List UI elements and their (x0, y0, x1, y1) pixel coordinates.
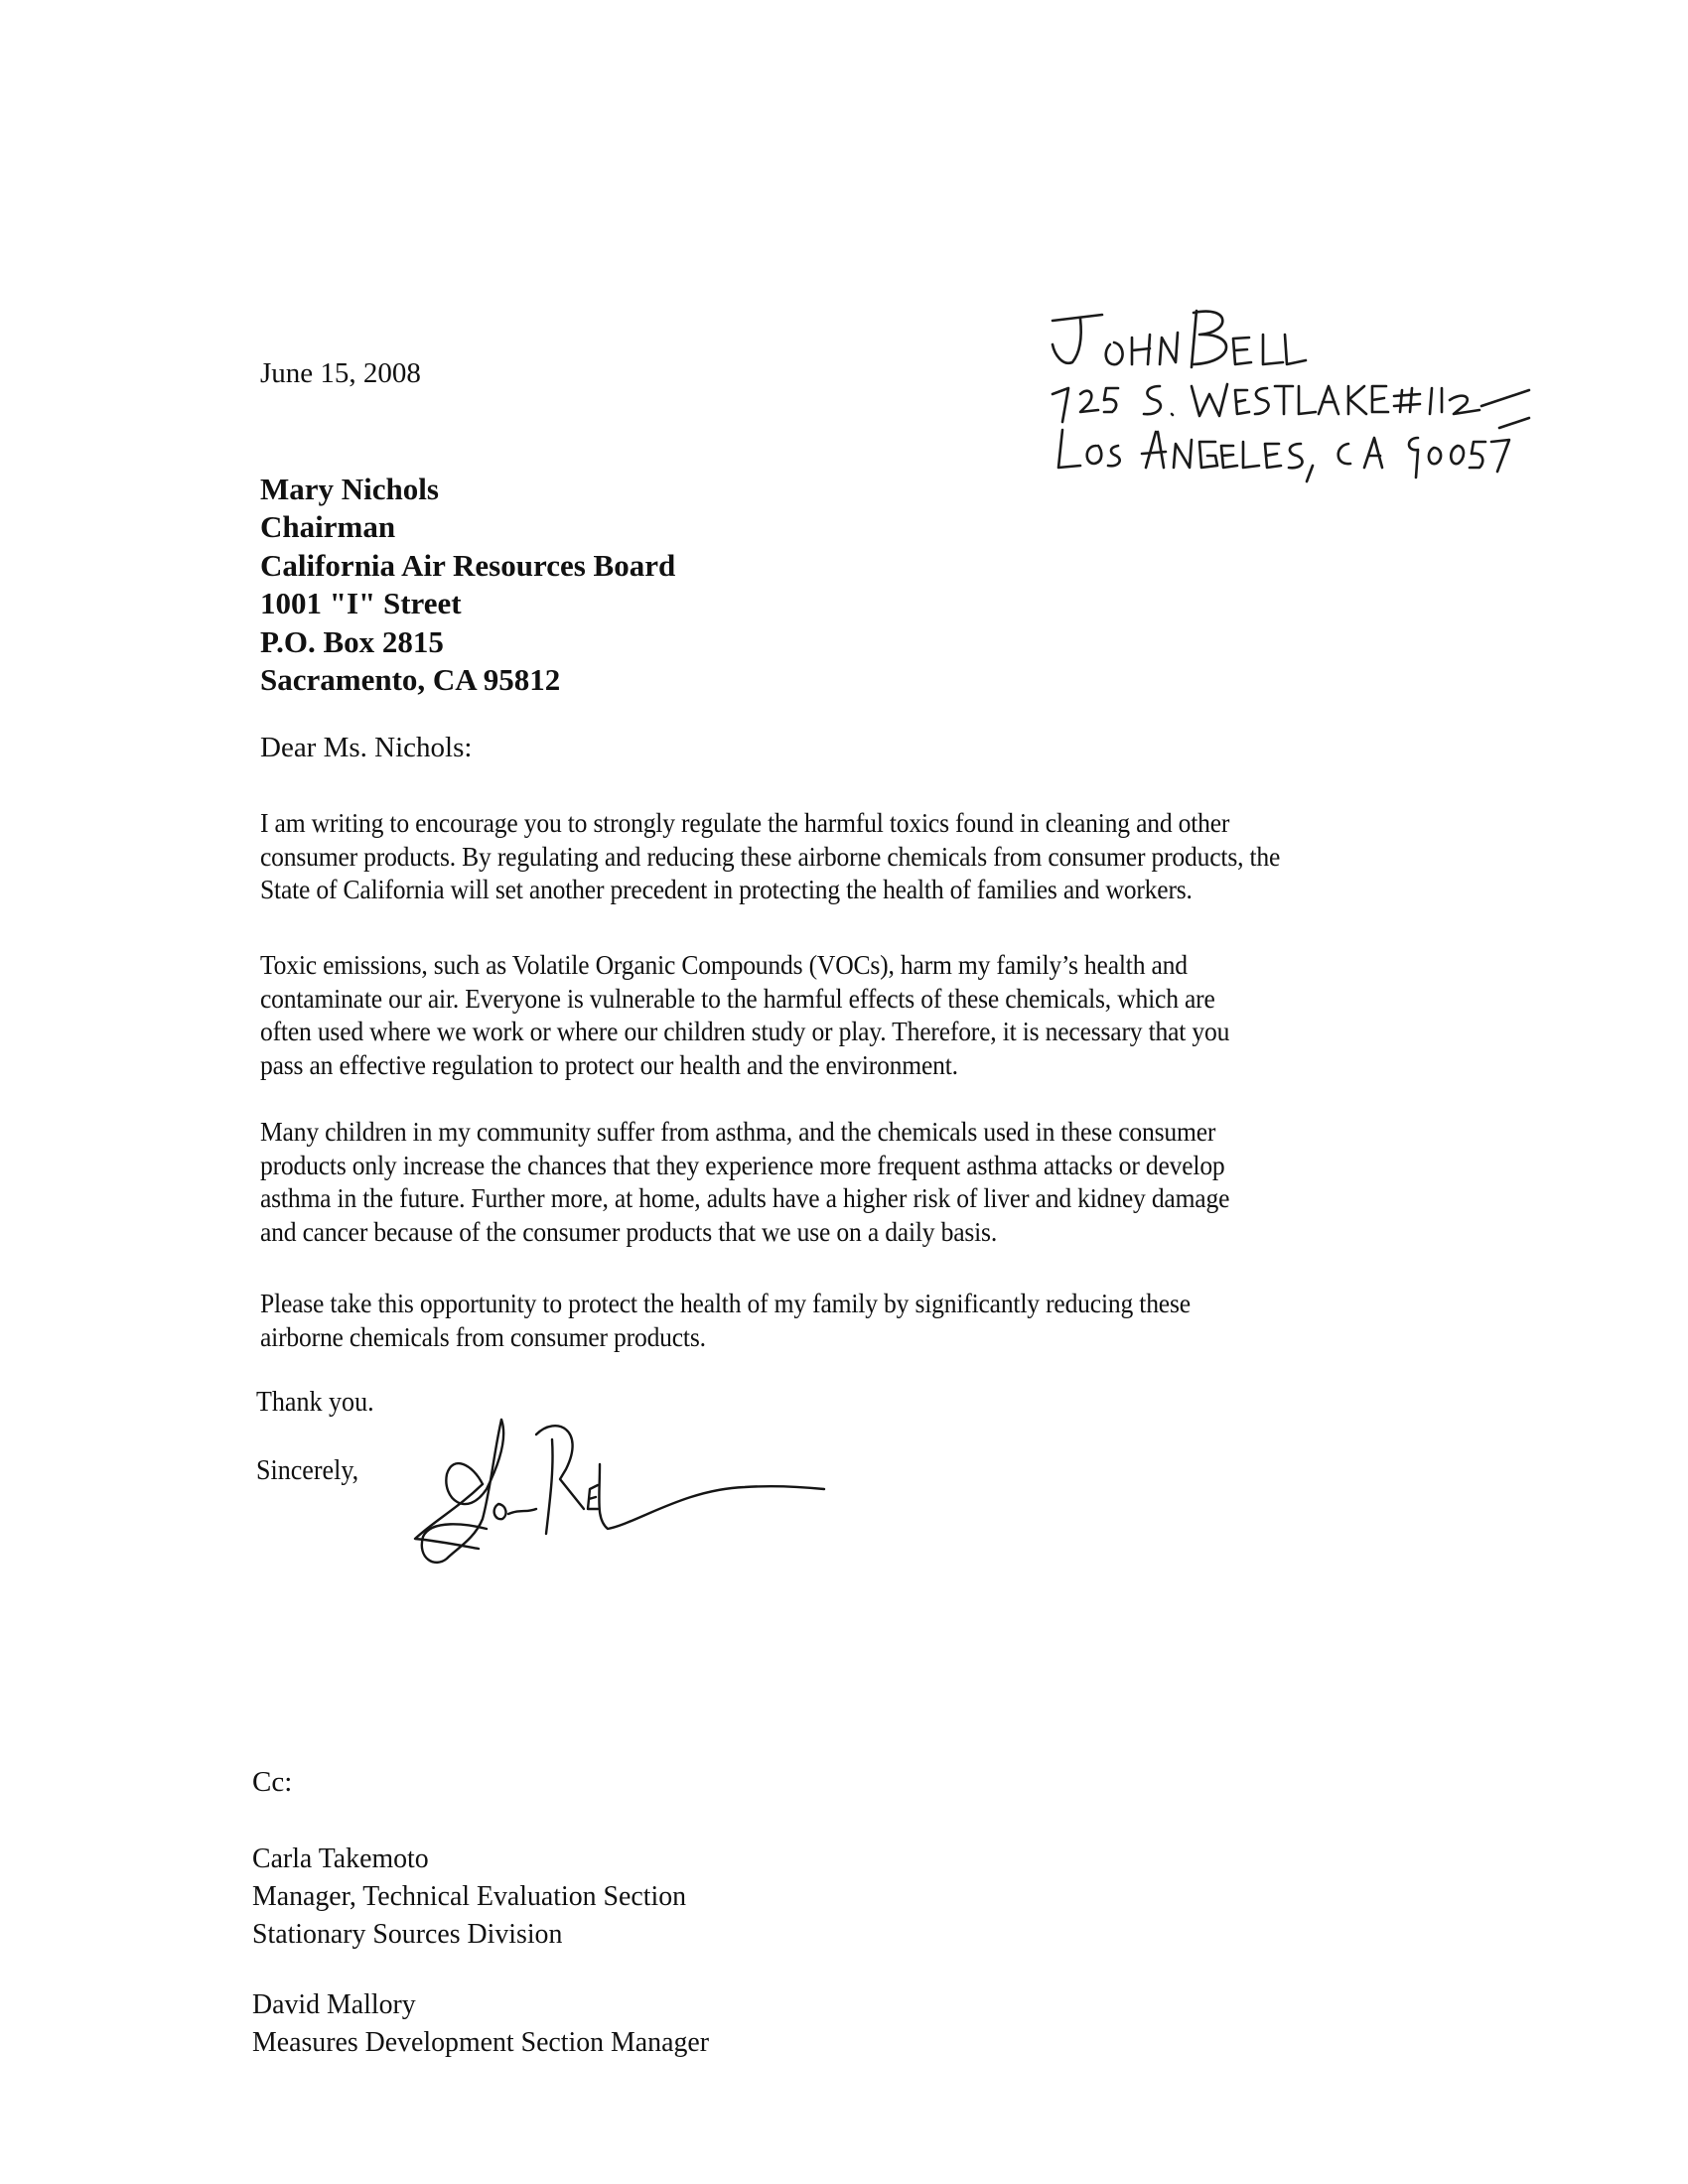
body-paragraph-1: I am writing to encourage you to strongl… (260, 806, 1405, 906)
paragraph-line: pass an effective regulation to protect … (260, 1048, 1405, 1082)
recipient-title: Chairman (260, 508, 675, 546)
paragraph-line: consumer products. By regulating and red… (260, 840, 1405, 874)
signature (387, 1410, 943, 1578)
handwritten-return-address (1033, 283, 1688, 496)
paragraph-line: I am writing to encourage you to strongl… (260, 806, 1405, 840)
salutation: Dear Ms. Nichols: (260, 732, 472, 764)
recipient-street: 1001 "I" Street (260, 585, 675, 622)
cc-recipient-1: Carla Takemoto Manager, Technical Evalua… (252, 1840, 686, 1953)
recipient-address-block: Mary Nichols Chairman California Air Res… (260, 471, 675, 699)
cc-recipient-title: Manager, Technical Evaluation Section (252, 1877, 686, 1915)
paragraph-line: Toxic emissions, such as Volatile Organi… (260, 948, 1405, 982)
recipient-po-box: P.O. Box 2815 (260, 623, 675, 661)
body-paragraph-2: Toxic emissions, such as Volatile Organi… (260, 948, 1405, 1081)
cc-recipient-division: Stationary Sources Division (252, 1915, 686, 1953)
recipient-organization: California Air Resources Board (260, 547, 675, 585)
paragraph-line: asthma in the future. Further more, at h… (260, 1181, 1405, 1215)
cc-recipient-2: David Mallory Measures Development Secti… (252, 1985, 709, 2061)
body-paragraph-4: Please take this opportunity to protect … (260, 1287, 1405, 1353)
handwritten-address-icon (1033, 283, 1688, 496)
thank-you-line: Thank you. (256, 1387, 374, 1419)
cc-recipient-name: David Mallory (252, 1985, 709, 2023)
recipient-city-state-zip: Sacramento, CA 95812 (260, 661, 675, 699)
paragraph-line: and cancer because of the consumer produ… (260, 1215, 1405, 1249)
cc-recipient-name: Carla Takemoto (252, 1840, 686, 1877)
letter-date: June 15, 2008 (260, 357, 421, 390)
closing: Sincerely, (256, 1455, 358, 1487)
paragraph-line: products only increase the chances that … (260, 1149, 1405, 1182)
paragraph-line: contaminate our air. Everyone is vulnera… (260, 982, 1405, 1016)
paragraph-line: Please take this opportunity to protect … (260, 1287, 1405, 1320)
cc-label: Cc: (252, 1766, 292, 1799)
body-paragraph-3: Many children in my community suffer fro… (260, 1115, 1405, 1248)
paragraph-line: airborne chemicals from consumer product… (260, 1320, 1405, 1354)
recipient-name: Mary Nichols (260, 471, 675, 508)
cc-recipient-title: Measures Development Section Manager (252, 2023, 709, 2061)
paragraph-line: often used where we work or where our ch… (260, 1015, 1405, 1048)
paragraph-line: Many children in my community suffer fro… (260, 1115, 1405, 1149)
signature-icon (387, 1410, 943, 1578)
paragraph-line: State of California will set another pre… (260, 873, 1405, 906)
